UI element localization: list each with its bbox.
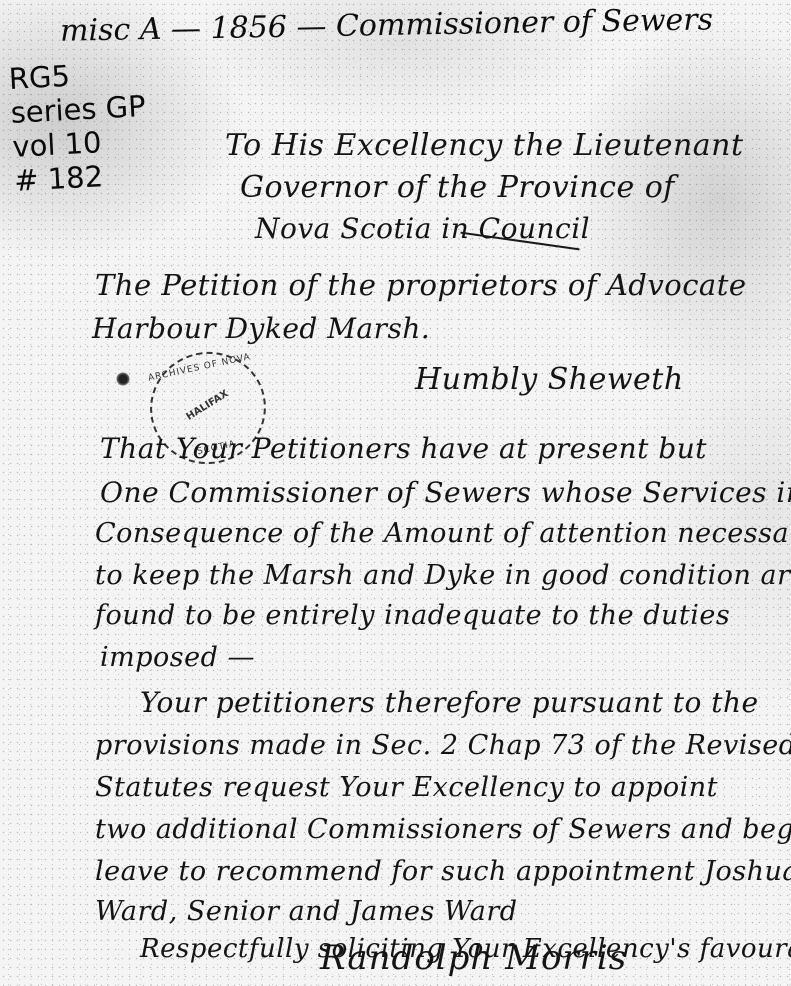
signature: Randolph Morris [320,938,627,978]
reference-series: series GP [10,89,147,130]
address-line-2: Governor of the Province of [240,170,675,205]
archive-reference: RG5 series GP vol 10 # 182 [8,55,150,198]
body-line: two additional Commissioners of Sewers a… [95,814,791,845]
body-line: Ward, Senior and James Ward [95,896,518,927]
document-page: misc A — 1856 — Commissioner of Sewers R… [0,0,791,986]
body-line: Consequence of the Amount of attention n… [95,518,791,549]
reference-number: # 182 [13,157,150,198]
body-line: imposed — [100,642,255,673]
address-line-1: To His Excellency the Lieutenant [225,128,744,163]
stamp-center-text: HALIFAX [157,371,258,440]
body-line: Statutes request Your Excellency to appo… [95,772,718,803]
body-line: That Your Petitioners have at present bu… [100,432,707,465]
body-line: to keep the Marsh and Dyke in good condi… [95,560,791,591]
body-line: One Commissioner of Sewers whose Service… [100,476,791,509]
salutation: Humbly Sheweth [415,362,684,397]
archive-header-note: misc A — 1856 — Commissioner of Sewers [60,2,714,48]
body-line: leave to recommend for such appointment … [95,856,791,887]
body-line: provisions made in Sec. 2 Chap 73 of the… [95,730,791,761]
body-line: found to be entirely inadequate to the d… [95,600,730,631]
petition-title-line-2: Harbour Dyked Marsh. [92,312,430,345]
address-line-3: Nova Scotia in Council [255,212,590,245]
body-line: Your petitioners therefore pursuant to t… [140,686,759,719]
decorative-mark [116,372,130,386]
petition-title-line-1: The Petition of the proprietors of Advoc… [95,268,747,302]
